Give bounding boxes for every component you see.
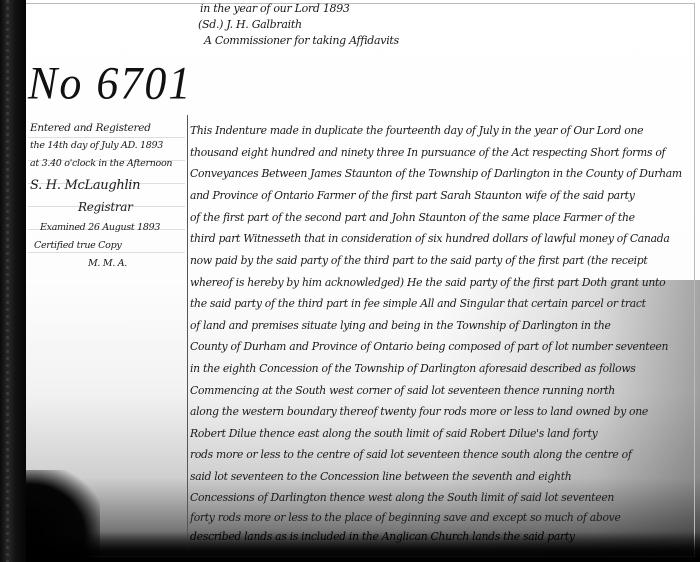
margin-time: at 3.40 o'clock in the Afternoon <box>30 158 172 169</box>
registrar-title: Registrar <box>78 200 133 214</box>
notary-signature: (Sd.) J. H. Galbraith <box>198 18 302 31</box>
ruled-line <box>28 137 185 138</box>
body-line: and Province of Ontario Farmer of the fi… <box>190 189 635 202</box>
body-line: third part Witnesseth that in considerat… <box>190 232 669 245</box>
body-line: County of Durham and Province of Ontario… <box>190 340 668 353</box>
body-line: of land and premises situate lying and b… <box>190 319 611 332</box>
body-line: said lot seventeen to the Concession lin… <box>190 470 571 483</box>
body-line: rods more or less to the centre of said … <box>190 448 632 461</box>
notary-title: A Commissioner for taking Affidavits <box>204 34 399 47</box>
body-line: of the first part of the second part and… <box>190 211 635 224</box>
body-line: This Indenture made in duplicate the fou… <box>190 124 643 137</box>
body-line: forty rods more or less to the place of … <box>190 511 621 524</box>
body-line: Concessions of Darlington thence west al… <box>190 491 614 504</box>
body-line: Robert Dilue thence east along the south… <box>190 427 597 440</box>
binding-edge <box>0 0 26 562</box>
ruled-line <box>28 252 185 253</box>
instrument-number: No 6701 <box>28 57 192 111</box>
deed-page-scan: in the year of our Lord 1893 (Sd.) J. H.… <box>0 0 700 562</box>
notary-line-1: in the year of our Lord 1893 <box>200 2 350 15</box>
body-line: now paid by the said party of the third … <box>190 254 647 267</box>
margin-initials: M. M. A. <box>88 258 127 269</box>
body-line: Commencing at the South west corner of s… <box>190 384 615 397</box>
margin-certified: Certified true Copy <box>34 240 121 251</box>
body-line: in the eighth Concession of the Township… <box>190 362 636 375</box>
margin-date: the 14th day of July AD. 1893 <box>30 140 163 151</box>
body-line: thousand eight hundred and ninety three … <box>190 146 665 159</box>
body-line: the said party of the third part in fee … <box>190 297 646 310</box>
margin-examined-date: Examined 26 August 1893 <box>40 222 160 233</box>
margin-rule <box>187 115 188 555</box>
body-line: Conveyances Between James Staunton of th… <box>190 167 682 180</box>
margin-entered-registered: Entered and Registered <box>30 122 151 134</box>
body-line: along the western boundary thereof twent… <box>190 405 648 418</box>
scan-bottom-shadow <box>0 532 700 562</box>
registrar-signature: S. H. McLaughlin <box>30 178 140 193</box>
body-line: whereof is hereby by him acknowledged) H… <box>190 276 665 289</box>
